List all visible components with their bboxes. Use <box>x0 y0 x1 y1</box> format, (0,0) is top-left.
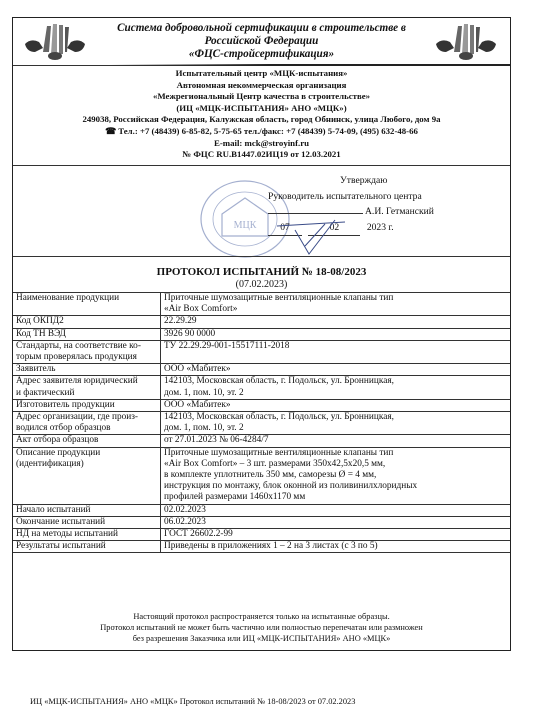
system-title-line: «ФЦС-стройсертификация» <box>103 48 420 61</box>
table-row: Код ОКПД222.29.29 <box>13 316 510 328</box>
certification-logo-icon <box>21 22 89 62</box>
header-divider <box>110 64 510 66</box>
divider <box>13 165 510 166</box>
phone-text: Тел.: +7 (48439) 6-85-82, 5-75-65 тел./ф… <box>118 126 418 136</box>
row-label: Код ОКПД2 <box>13 316 161 328</box>
phone-icon: ☎ <box>105 126 116 136</box>
table-row: Изготовитель продукцииООО «Мабитек» <box>13 399 510 411</box>
table-row: Начало испытаний02.02.2023 <box>13 504 510 516</box>
certification-logo-icon <box>432 22 500 62</box>
system-title-line: Система добровольной сертификации в стро… <box>103 22 420 35</box>
row-value: 02.02.2023 <box>161 504 511 516</box>
note-line: без разрешения Заказчика или ИЦ «МЦК-ИСП… <box>13 633 510 644</box>
row-value: 22.29.29 <box>161 316 511 328</box>
row-label: Наименование продукции <box>13 293 161 316</box>
org-type: Автономная некоммерческая организация <box>13 80 510 92</box>
disclaimer-note: Настоящий протокол распространяется толь… <box>13 611 510 644</box>
table-row: Результаты испытанийПриведены в приложен… <box>13 541 510 553</box>
row-label: Результаты испытаний <box>13 541 161 553</box>
row-value: 142103, Московская область, г. Подольск,… <box>161 376 511 399</box>
table-row: Код ТН ВЭД3926 90 0000 <box>13 328 510 340</box>
table-row: НД на методы испытанийГОСТ 26602.2-99 <box>13 529 510 541</box>
row-value: ГОСТ 26602.2-99 <box>161 529 511 541</box>
row-label: Код ТН ВЭД <box>13 328 161 340</box>
note-line: Протокол испытаний не может быть частичн… <box>13 622 510 633</box>
certification-system-title: Система добровольной сертификации в стро… <box>103 22 420 61</box>
svg-text:МЦК: МЦК <box>234 220 257 231</box>
row-value: 142103, Московская область, г. Подольск,… <box>161 412 511 435</box>
protocol-date: (07.02.2023) <box>13 279 510 290</box>
org-email: E-mail: mck@stroyinf.ru <box>13 138 510 150</box>
row-label: Описание продукции (идентификация) <box>13 447 161 504</box>
table-row: Окончание испытаний06.02.2023 <box>13 516 510 528</box>
divider <box>13 256 510 257</box>
page-footer: ИЦ «МЦК-ИСПЫТАНИЯ» АНО «МЦК» Протокол ис… <box>30 697 355 706</box>
org-full-name: «Межрегиональный Центр качества в строит… <box>13 91 510 103</box>
org-phones: ☎ Тел.: +7 (48439) 6-85-82, 5-75-65 тел.… <box>13 126 510 138</box>
row-label: Стандарты, на соответствие ко- торым про… <box>13 340 161 363</box>
document-frame: Система добровольной сертификации в стро… <box>12 17 511 651</box>
row-label: Акт отбора образцов <box>13 435 161 447</box>
row-value: 06.02.2023 <box>161 516 511 528</box>
row-value: Приточные шумозащитные вентиляционные кл… <box>161 293 511 316</box>
protocol-info-table: Наименование продукцииПриточные шумозащи… <box>13 292 510 553</box>
row-label: НД на методы испытаний <box>13 529 161 541</box>
organization-block: Испытательный центр «МЦК-испытания» Авто… <box>13 68 510 161</box>
system-title-line: Российской Федерации <box>103 35 420 48</box>
approver-position: Руководитель испытательного центра <box>268 189 488 205</box>
row-label: Окончание испытаний <box>13 516 161 528</box>
row-label: Адрес организации, где произ- водился от… <box>13 412 161 435</box>
row-value: ООО «Мабитек» <box>161 364 511 376</box>
table-row: Стандарты, на соответствие ко- торым про… <box>13 340 510 363</box>
note-line: Настоящий протокол распространяется толь… <box>13 611 510 622</box>
table-row: Описание продукции (идентификация)Приточ… <box>13 447 510 504</box>
table-row: Адрес организации, где произ- водился от… <box>13 412 510 435</box>
approver-name: А.И. Гетманский <box>365 206 434 217</box>
row-label: Адрес заявителя юридический и фактически… <box>13 376 161 399</box>
org-accreditation: № ФЦС RU.B1447.02ИЦ19 от 12.03.2021 <box>13 149 510 161</box>
row-value: ТУ 22.29.29-001-15517111-2018 <box>161 340 511 363</box>
row-value: Приведены в приложениях 1 – 2 на 3 листа… <box>161 541 511 553</box>
row-value: 3926 90 0000 <box>161 328 511 340</box>
signature-icon <box>275 216 355 256</box>
table-row: ЗаявительООО «Мабитек» <box>13 364 510 376</box>
approve-word: Утверждаю <box>268 173 488 189</box>
row-label: Изготовитель продукции <box>13 399 161 411</box>
certification-system-header: Система добровольной сертификации в стро… <box>13 18 510 66</box>
table-row: Наименование продукцииПриточные шумозащи… <box>13 293 510 316</box>
org-address: 249038, Российская Федерация, Калужская … <box>13 114 510 126</box>
signature-line <box>268 213 363 214</box>
row-value: ООО «Мабитек» <box>161 399 511 411</box>
org-short-name: (ИЦ «МЦК-ИСПЫТАНИЯ» АНО «МЦК») <box>13 103 510 115</box>
org-name: Испытательный центр «МЦК-испытания» <box>13 68 510 80</box>
row-value: от 27.01.2023 № 06-4284/7 <box>161 435 511 447</box>
table-row: Акт отбора образцовот 27.01.2023 № 06-42… <box>13 435 510 447</box>
row-value: Приточные шумозащитные вентиляционные кл… <box>161 447 511 504</box>
row-label: Начало испытаний <box>13 504 161 516</box>
protocol-title: ПРОТОКОЛ ИСПЫТАНИЙ № 18-08/2023 <box>13 266 510 278</box>
row-label: Заявитель <box>13 364 161 376</box>
table-row: Адрес заявителя юридический и фактически… <box>13 376 510 399</box>
approval-year: 2023 г. <box>367 222 394 233</box>
